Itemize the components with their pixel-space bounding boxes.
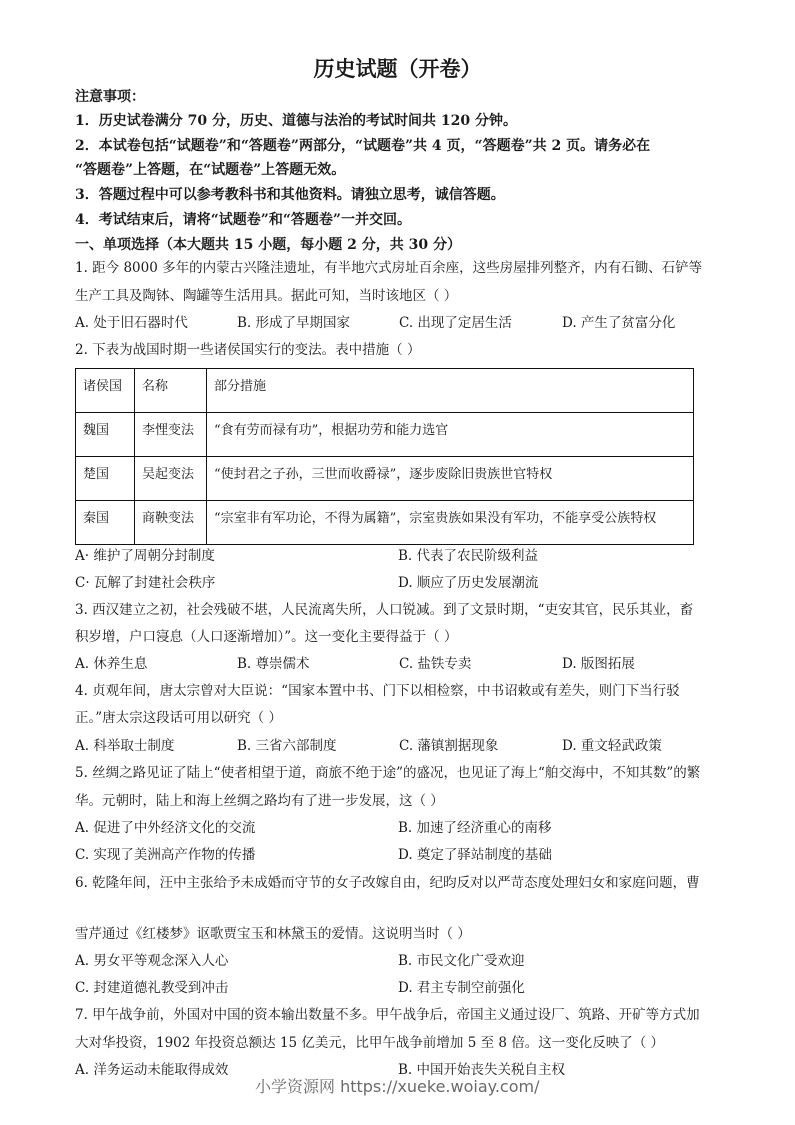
reform-table: 诸侯国 名称 部分措施 魏国 李悝变法 “食有劳而禄有功”，根据功劳和能力选官 … [75, 368, 694, 545]
q3-option-c: C. 盐铁专卖 [399, 655, 471, 673]
q6-option-d: D. 君主专制空前强化 [398, 979, 525, 997]
table-header: 部分措施 [207, 369, 694, 413]
question-4-stem: 4. 贞观年间，唐太宗曾对大臣说：“国家本置中书、门下以相检察，中书诏敕或有差失… [75, 682, 680, 700]
table-cell: 商鞅变法 [135, 501, 207, 545]
q3-option-b: B. 尊崇儒术 [237, 655, 310, 673]
table-header: 诸侯国 [76, 369, 135, 413]
notice-item: 3．答题过程中可以参考教科书和其他资料。请独立思考，诚信答题。 [75, 186, 505, 204]
q3-option-d: D. 版图拓展 [562, 655, 635, 673]
q4-option-b: B. 三省六部制度 [237, 737, 337, 755]
question-1-stem: 1. 距今 8000 多年的内蒙古兴隆洼遗址，有半地穴式房址百余座，这些房屋排列… [75, 259, 702, 277]
q4-option-d: D. 重文轻武政策 [562, 737, 662, 755]
table-row: 魏国 李悝变法 “食有劳而禄有功”，根据功劳和能力选官 [76, 413, 694, 457]
question-2-stem: 2. 下表为战国时期一些诸侯国实行的变法。表中措施（ ） [75, 341, 420, 359]
notice-item: 2．本试卷包括“试题卷”和“答题卷”两部分，“试题卷”共 4 页，“答题卷”共 … [75, 137, 650, 155]
question-6-stem: 6. 乾隆年间，汪中主张给予未成婚而守节的女子改嫁自由，纪昀反对以严苛态度处理妇… [75, 874, 700, 892]
table-header: 名称 [135, 369, 207, 413]
notice-heading: 注意事项： [75, 88, 145, 106]
question-4-stem: 正。”唐太宗这段话可用以研究（ ） [75, 709, 282, 727]
table-cell: 魏国 [76, 413, 135, 457]
question-1-stem: 生产工具及陶钵、陶罐等生活用具。据此可知，当时该地区（ ） [75, 287, 457, 305]
q2-option-c: C· 瓦解了封建社会秩序 [75, 574, 215, 592]
notice-item: 4．考试结束后，请将“试题卷”和“答题卷”一并交回。 [75, 211, 411, 229]
table-cell: 吴起变法 [135, 457, 207, 501]
q1-option-b: B. 形成了早期国家 [237, 314, 350, 332]
table-cell: 李悝变法 [135, 413, 207, 457]
section-heading: 一、单项选择（本大题共 15 小题，每小题 2 分，共 30 分） [75, 236, 461, 254]
question-5-stem: 5. 丝绸之路见证了陆上“使者相望于道，商旅不绝于途”的盛况，也见证了海上“舶交… [75, 764, 700, 782]
table-cell: “食有劳而禄有功”，根据功劳和能力选官 [207, 413, 694, 457]
question-5-stem: 华。元朝时，陆上和海上丝绸之路均有了进一步发展，这（ ） [75, 792, 444, 810]
q4-option-c: C. 藩镇割据现象 [399, 737, 498, 755]
q1-option-a: A. 处于旧石器时代 [75, 314, 188, 332]
q5-option-c: C. 实现了美洲高产作物的传播 [75, 846, 255, 864]
q6-option-c: C. 封建道德礼教受到冲击 [75, 979, 228, 997]
question-7-stem: 大对华投资，1902 年投资总额达 15 亿美元，比甲午战争前增加 5 至 8 … [75, 1034, 664, 1052]
question-3-stem: 积岁增，户口寖息（人口逐渐增加）”。这一变化主要得益于（ ） [75, 628, 457, 646]
table-cell: “使封君之子孙，三世而收爵禄”，逐步废除旧贵族世官特权 [207, 457, 694, 501]
table-row: 秦国 商鞅变法 “宗室非有军功论，不得为属籍”，宗室贵族如果没有军功，不能享受公… [76, 501, 694, 545]
q3-option-a: A. 休养生息 [75, 655, 147, 673]
q4-option-a: A. 科举取士制度 [75, 737, 174, 755]
question-7-stem: 7. 甲午战争前，外国对中国的资本输出数量不多。甲午战争后，帝国主义通过设厂、筑… [75, 1006, 700, 1024]
notice-item: “答题卷”上答题，在“试题卷”上答题无效。 [75, 161, 345, 179]
table-header-row: 诸侯国 名称 部分措施 [76, 369, 694, 413]
q7-option-a: A. 洋务运动未能取得成效 [75, 1061, 228, 1079]
question-6-stem: 雪芹通过《红楼梦》讴歌贾宝玉和林黛玉的爱情。这说明当时（ ） [75, 925, 471, 943]
notice-item: 1．历史试卷满分 70 分，历史、道德与法治的考试时间共 120 分钟。 [75, 112, 517, 130]
q5-option-b: B. 加速了经济重心的南移 [398, 819, 552, 837]
q6-option-b: B. 市民文化广受欢迎 [398, 952, 525, 970]
table-cell: “宗室非有军功论，不得为属籍”，宗室贵族如果没有军功，不能享受公族特权 [207, 501, 694, 545]
table-row: 楚国 吴起变法 “使封君之子孙，三世而收爵禄”，逐步废除旧贵族世官特权 [76, 457, 694, 501]
q2-option-a: A· 维护了周朝分封制度 [75, 547, 215, 565]
q5-option-d: D. 奠定了驿站制度的基础 [398, 846, 552, 864]
watermark: 小学资源网 https://xueke.woiay.com/ [255, 1074, 539, 1097]
q1-option-d: D. 产生了贫富分化 [562, 314, 675, 332]
table-cell: 秦国 [76, 501, 135, 545]
table-cell: 楚国 [76, 457, 135, 501]
page-title: 历史试题（开卷） [0, 55, 795, 83]
q2-option-b: B. 代表了农民阶级利益 [398, 547, 538, 565]
q5-option-a: A. 促进了中外经济文化的交流 [75, 819, 255, 837]
q6-option-a: A. 男女平等观念深入人心 [75, 952, 228, 970]
q1-option-c: C. 出现了定居生活 [399, 314, 512, 332]
question-3-stem: 3. 西汉建立之初，社会残破不堪，人民流离失所，人口锐减。到了文景时期，“吏安其… [75, 601, 693, 619]
q2-option-d: D. 顺应了历史发展潮流 [398, 574, 538, 592]
